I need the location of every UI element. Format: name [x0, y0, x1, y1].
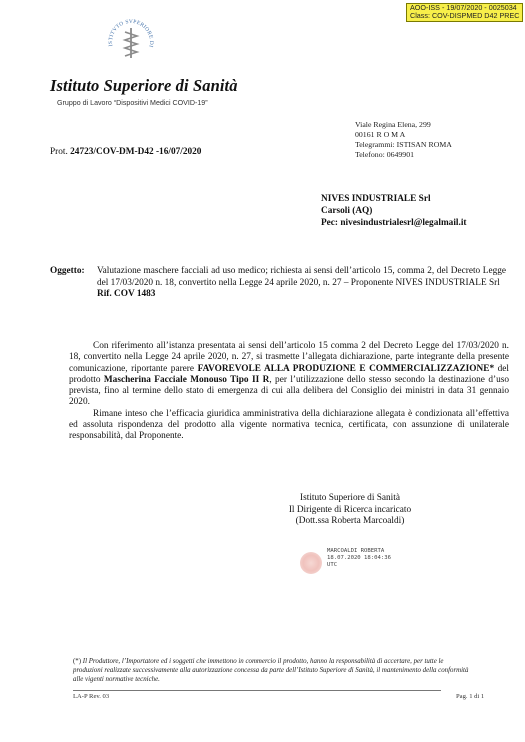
- recipient-pec: Pec: nivesindustrialesrl@legalmail.it: [321, 217, 467, 229]
- address-line: Telegrammi: ISTISAN ROMA: [355, 140, 452, 150]
- footnote: (*) Il Produttore, l’Importatore ed i so…: [73, 657, 473, 684]
- subject-label: Oggetto:: [50, 266, 85, 276]
- iss-logo-icon: ISTITVTO SVPERIORE DI SANITÀ: [104, 14, 158, 68]
- product-name: Mascherina Facciale Monouso Tipo II R: [104, 375, 269, 385]
- working-group: Gruppo di Lavoro “Dispositivi Medici COV…: [57, 99, 208, 107]
- opinion-text: FAVOREVOLE ALLA PRODUZIONE E COMMERCIALI…: [198, 364, 495, 374]
- sender-address: Viale Regina Elena, 299 00161 R O M A Te…: [355, 120, 452, 160]
- address-line: Viale Regina Elena, 299: [355, 120, 452, 130]
- logo-text: ISTITVTO SVPERIORE DI SANITÀ: [104, 14, 154, 50]
- recipient-city: Carsoli (AQ): [321, 205, 467, 217]
- subject-text: Valutazione maschere facciali ad uso med…: [97, 266, 506, 301]
- signature-seal-icon: [300, 552, 322, 574]
- recipient-name: NIVES INDUSTRIALE Srl: [321, 193, 467, 205]
- protocol-value: 24723/COV-DM-D42 -16/07/2020: [70, 147, 201, 157]
- protocol-number: Prot. 24723/COV-DM-D42 -16/07/2020: [50, 147, 201, 157]
- digital-signature-text: MARCOALDI ROBERTA 18.07.2020 18:04:36 UT…: [327, 548, 391, 569]
- address-line: 00161 R O M A: [355, 130, 452, 140]
- protocol-label: Prot.: [50, 147, 70, 157]
- signature-line: Il Dirigente di Ricerca incaricato: [250, 505, 450, 517]
- signature-block: Istituto Superiore di Sanità Il Dirigent…: [250, 493, 450, 528]
- institute-name: Istituto Superiore di Sanità: [50, 76, 238, 96]
- body-paragraph-1: Con riferimento all’istanza presentata a…: [69, 341, 509, 409]
- protocol-stamp: AOO-ISS - 19/07/2020 - 0025034 Class: CO…: [406, 3, 523, 22]
- recipient-block: NIVES INDUSTRIALE Srl Carsoli (AQ) Pec: …: [321, 193, 467, 230]
- signature-timestamp: 18.07.2020 18:04:36: [327, 555, 391, 562]
- address-line: Telefono: 0649901: [355, 150, 452, 160]
- signature-timezone: UTC: [327, 562, 391, 569]
- subject-body: Valutazione maschere facciali ad uso med…: [97, 266, 506, 289]
- stamp-line-2: Class: COV-DISPMED D42 PREC: [410, 12, 519, 20]
- footnote-marker: (*): [73, 658, 81, 665]
- signer-name: MARCOALDI ROBERTA: [327, 548, 391, 555]
- body-paragraph-2: Rimane inteso che l’efficacia giuridica …: [69, 409, 509, 443]
- subject-reference: Rif. COV 1483: [97, 289, 506, 301]
- footer-page: Pag. 1 di 1: [456, 693, 484, 700]
- footnote-text: Il Produttore, l’Importatore ed i sogget…: [73, 658, 468, 683]
- signature-line: (Dott.ssa Roberta Marcoaldi): [250, 516, 450, 528]
- signature-line: Istituto Superiore di Sanità: [250, 493, 450, 505]
- footer-revision: LA-P Rev. 03: [73, 693, 109, 700]
- footer-divider: [73, 690, 441, 691]
- svg-text:ISTITVTO SVPERIORE DI SANITÀ: ISTITVTO SVPERIORE DI SANITÀ: [104, 14, 154, 50]
- digital-signature: MARCOALDI ROBERTA 18.07.2020 18:04:36 UT…: [300, 548, 450, 578]
- letter-body: Con riferimento all’istanza presentata a…: [69, 341, 509, 443]
